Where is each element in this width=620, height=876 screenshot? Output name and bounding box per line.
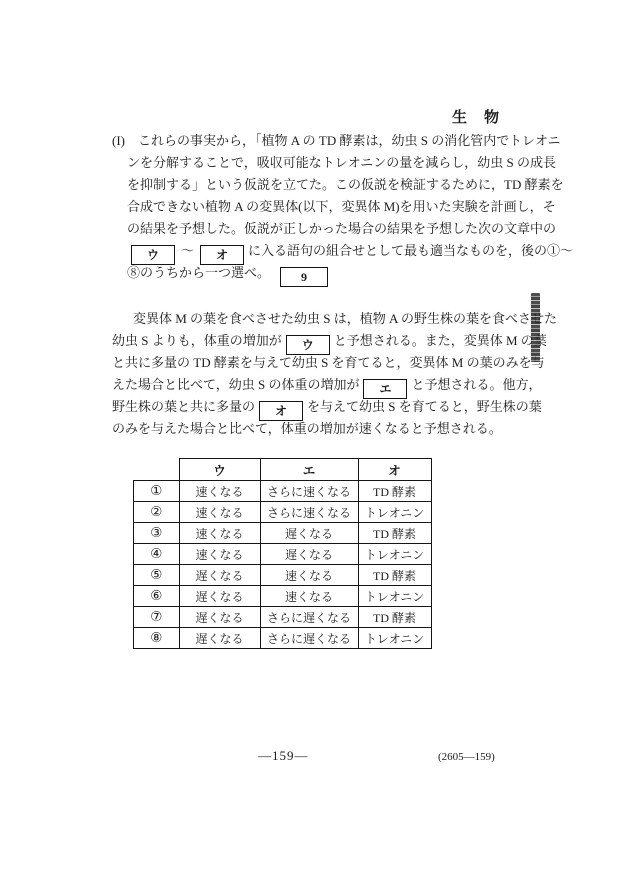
choice-cell-u: 速くなる — [179, 481, 260, 502]
answer-number-box: 9 — [280, 267, 328, 287]
choice-cell-e: 遅くなる — [260, 523, 358, 544]
range-tilde: ～ — [181, 243, 194, 258]
choice-cell-u: 速くなる — [179, 502, 260, 523]
choice-cell-o: トレオニン — [358, 544, 431, 565]
text-line: 合成できない植物 A の変異体(以下，変異体 M)を用いた実験を計画し，そ — [127, 196, 532, 218]
choice-cell-o: TD 酵素 — [358, 607, 431, 628]
choice-row: ③ 速くなる 遅くなる TD 酵素 — [134, 523, 432, 544]
choice-cell-o: TD 酵素 — [358, 481, 431, 502]
choice-row: ① 速くなる さらに速くなる TD 酵素 — [134, 481, 432, 502]
choice-cell-e: さらに速くなる — [260, 481, 358, 502]
text-run: に入る語句の組合せとして最も適当なものを，後の①～ — [248, 243, 573, 258]
text-line: のみを与えた場合と比べて，体重の増加が速くなると予想される。 — [112, 418, 532, 440]
choice-cell-u: 遅くなる — [179, 607, 260, 628]
text-run: 野生株の葉と共に多量の — [112, 399, 255, 414]
choice-cell-o: トレオニン — [358, 586, 431, 607]
choice-cell-e: さらに遅くなる — [260, 607, 358, 628]
empty-header-cell — [134, 459, 180, 481]
text-run: と予想される。また，変異体 M の葉 — [334, 333, 547, 348]
text-run: と予想される。他方， — [411, 377, 541, 392]
choice-cell-e: さらに遅くなる — [260, 628, 358, 649]
choice-number: ① — [134, 481, 180, 502]
choice-row: ④ 速くなる 遅くなる トレオニン — [134, 544, 432, 565]
choice-number: ⑤ — [134, 565, 180, 586]
column-header-o: オ — [358, 459, 431, 481]
illegible-vertical-text-marker — [531, 293, 540, 362]
question-intro-paragraph: (I) これらの事実から，「植物 A の TD 酵素は，幼虫 S の消化管内でト… — [112, 130, 532, 284]
choice-number: ④ — [134, 544, 180, 565]
text-line: (I) これらの事実から，「植物 A の TD 酵素は，幼虫 S の消化管内でト… — [112, 130, 532, 152]
choice-row: ⑧ 遅くなる さらに遅くなる トレオニン — [134, 628, 432, 649]
choice-number: ⑧ — [134, 628, 180, 649]
choice-number: ② — [134, 502, 180, 523]
text-line: と共に多量の TD 酵素を与えて幼虫 S を育てると，変異体 M の葉のみを与 — [112, 352, 532, 374]
choice-cell-o: TD 酵素 — [358, 565, 431, 586]
choice-number: ③ — [134, 523, 180, 544]
choice-cell-o: トレオニン — [358, 628, 431, 649]
choice-row: ⑦ 遅くなる さらに遅くなる TD 酵素 — [134, 607, 432, 628]
choice-row: ⑤ 遅くなる 速くなる TD 酵素 — [134, 565, 432, 586]
choice-number: ⑦ — [134, 607, 180, 628]
choice-cell-o: TD 酵素 — [358, 523, 431, 544]
choices-header-row: ウ エ オ — [134, 459, 432, 481]
choice-row: ⑥ 遅くなる 速くなる トレオニン — [134, 586, 432, 607]
text-line: ンを分解することで，吸収可能なトレオニンの量を減らし，幼虫 S の成長 — [127, 152, 532, 174]
text-line: の結果を予想した。仮説が正しかった場合の結果を予想した次の文章中の — [127, 218, 532, 240]
choices-table: ウ エ オ ① 速くなる さらに速くなる TD 酵素 ② 速くなる さらに速くな… — [133, 458, 432, 649]
choice-cell-u: 速くなる — [179, 544, 260, 565]
text-run: ⑧のうちから一つ選べ。 — [127, 265, 270, 280]
page-title: 生 物 — [452, 106, 500, 127]
column-header-e: エ — [260, 459, 358, 481]
choice-cell-e: 速くなる — [260, 586, 358, 607]
choice-number: ⑥ — [134, 586, 180, 607]
predicted-results-passage: 変異体 M の葉を食べさせた幼虫 S は，植物 A の野生株の葉を食べさせた 幼… — [112, 308, 532, 440]
text-line: ⑧のうちから一つ選べ。9 — [127, 262, 532, 284]
text-run: えた場合と比べて，幼虫 S の体重の増加が — [112, 377, 359, 392]
column-header-u: ウ — [179, 459, 260, 481]
choice-cell-o: トレオニン — [358, 502, 431, 523]
choice-cell-u: 遅くなる — [179, 628, 260, 649]
text-line: を抑制する」という仮説を立てた。この仮説を検証するために，TD 酵素を — [127, 174, 532, 196]
text-line: ウ～オに入る語句の組合せとして最も適当なものを，後の①～ — [127, 240, 532, 262]
choice-cell-e: さらに速くなる — [260, 502, 358, 523]
text-line: えた場合と比べて，幼虫 S の体重の増加がエと予想される。他方， — [112, 374, 532, 396]
text-run: を与えて幼虫 S を育てると，野生株の葉 — [307, 399, 542, 414]
choice-cell-u: 速くなる — [179, 523, 260, 544]
choice-cell-e: 速くなる — [260, 565, 358, 586]
choice-cell-u: 遅くなる — [179, 565, 260, 586]
choice-row: ② 速くなる さらに速くなる トレオニン — [134, 502, 432, 523]
choice-cell-u: 遅くなる — [179, 586, 260, 607]
text-run: 幼虫 S よりも，体重の増加が — [112, 333, 282, 348]
document-page: 生 物 (I) これらの事実から，「植物 A の TD 酵素は，幼虫 S の消化… — [0, 0, 620, 876]
choice-cell-e: 遅くなる — [260, 544, 358, 565]
text-line: 幼虫 S よりも，体重の増加がウと予想される。また，変異体 M の葉 — [112, 330, 532, 352]
print-code: (2605—159) — [438, 751, 495, 763]
text-line: 変異体 M の葉を食べさせた幼虫 S は，植物 A の野生株の葉を食べさせた — [133, 308, 532, 330]
page-number: —159— — [258, 748, 309, 764]
text-line: 野生株の葉と共に多量のオを与えて幼虫 S を育てると，野生株の葉 — [112, 396, 532, 418]
